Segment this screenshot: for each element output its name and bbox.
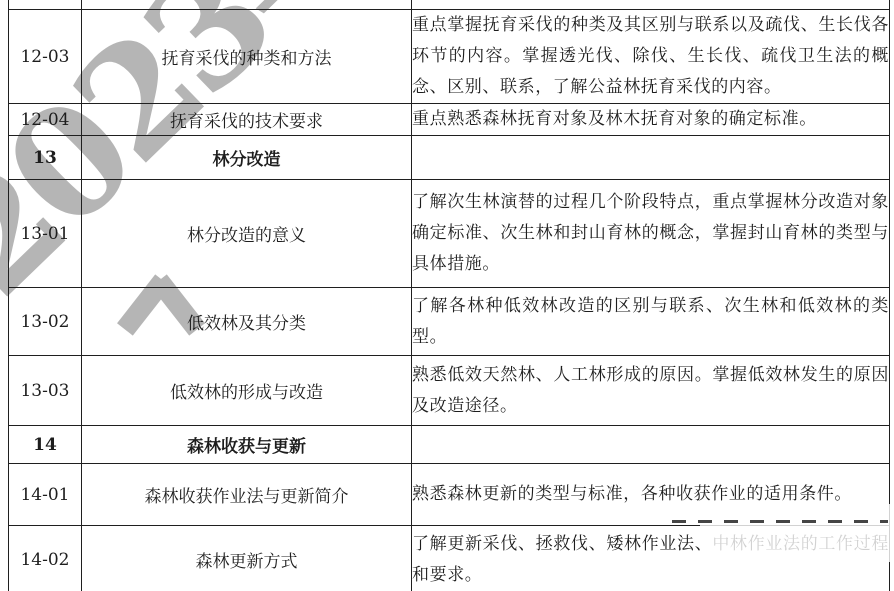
cell-code: 13-03 bbox=[9, 356, 82, 426]
cell-topic: 林分改造的意义 bbox=[82, 180, 412, 288]
cell-topic: 低效林的形成与改造 bbox=[82, 356, 412, 426]
table-row: 12-03 抚育采伐的种类和方法 重点掌握抚育采伐的种类及其区别与联系以及疏伐、… bbox=[9, 10, 890, 104]
erased-watermark-patch bbox=[700, 504, 894, 562]
cell-topic: 森林收获与更新 bbox=[82, 426, 412, 464]
cell-requirements: 重点熟悉森林抚育对象及林木抚育对象的确定标准。 bbox=[412, 104, 890, 136]
cell-code: 12-03 bbox=[9, 10, 82, 104]
table-row-partial-top bbox=[9, 0, 890, 10]
cell-code: 14-02 bbox=[9, 526, 82, 591]
table-row-section: 13 林分改造 bbox=[9, 136, 890, 180]
cell-empty bbox=[412, 0, 890, 10]
cell-topic: 抚育采伐的种类和方法 bbox=[82, 10, 412, 104]
cell-requirements: 了解各林种低效林改造的区别与联系、次生林和低效林的类型。 bbox=[412, 288, 890, 356]
table-row: 13-03 低效林的形成与改造 熟悉低效天然林、人工林形成的原因。掌握低效林发生… bbox=[9, 356, 890, 426]
erased-line-dashes bbox=[672, 520, 888, 523]
cell-requirements bbox=[412, 136, 890, 180]
table-row-section: 14 森林收获与更新 bbox=[9, 426, 890, 464]
cell-code: 14 bbox=[9, 426, 82, 464]
table-row: 12-04 抚育采伐的技术要求 重点熟悉森林抚育对象及林木抚育对象的确定标准。 bbox=[9, 104, 890, 136]
table-row: 13-02 低效林及其分类 了解各林种低效林改造的区别与联系、次生林和低效林的类… bbox=[9, 288, 890, 356]
document-page: 2023年整 12-03 抚育采伐的种类和方法 重点掌握抚育采伐的种类及其区别与… bbox=[0, 0, 894, 591]
cell-topic: 低效林及其分类 bbox=[82, 288, 412, 356]
cell-empty bbox=[82, 0, 412, 10]
syllabus-table-body: 12-03 抚育采伐的种类和方法 重点掌握抚育采伐的种类及其区别与联系以及疏伐、… bbox=[9, 0, 890, 591]
cell-code: 13 bbox=[9, 136, 82, 180]
cell-requirements: 熟悉低效天然林、人工林形成的原因。掌握低效林发生的原因及改造途径。 bbox=[412, 356, 890, 426]
cell-topic: 森林更新方式 bbox=[82, 526, 412, 591]
syllabus-table: 12-03 抚育采伐的种类和方法 重点掌握抚育采伐的种类及其区别与联系以及疏伐、… bbox=[8, 0, 890, 591]
cell-code: 13-02 bbox=[9, 288, 82, 356]
cell-code: 12-04 bbox=[9, 104, 82, 136]
cell-empty bbox=[9, 0, 82, 10]
cell-topic: 森林收获作业法与更新简介 bbox=[82, 464, 412, 526]
cell-code: 14-01 bbox=[9, 464, 82, 526]
cell-requirements: 重点掌握抚育采伐的种类及其区别与联系以及疏伐、生长伐各环节的内容。掌握透光伐、除… bbox=[412, 10, 890, 104]
cell-code: 13-01 bbox=[9, 180, 82, 288]
table-row: 13-01 林分改造的意义 了解次生林演替的过程几个阶段特点，重点掌握林分改造对… bbox=[9, 180, 890, 288]
cell-requirements bbox=[412, 426, 890, 464]
cell-topic: 林分改造 bbox=[82, 136, 412, 180]
cell-requirements: 了解次生林演替的过程几个阶段特点，重点掌握林分改造对象确定标准、次生林和封山育林… bbox=[412, 180, 890, 288]
cell-topic: 抚育采伐的技术要求 bbox=[82, 104, 412, 136]
